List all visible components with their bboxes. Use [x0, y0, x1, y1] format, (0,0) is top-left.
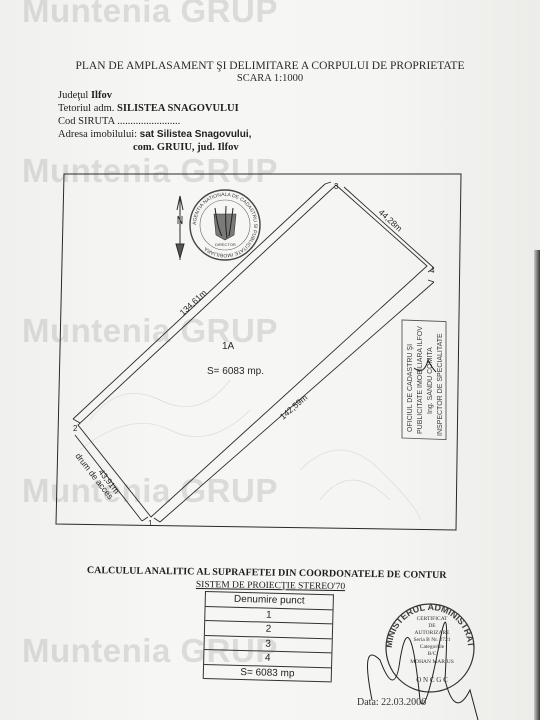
- svg-text:DE: DE: [428, 623, 436, 629]
- svg-text:B/C: B/C: [428, 651, 437, 657]
- ministry-ring-text: MINISTERUL ADMINISTRATIEI PUBLICE: [0, 0, 476, 648]
- svg-text:CERTIFICAT: CERTIFICAT: [417, 616, 448, 622]
- ministry-stamp: MINISTERUL ADMINISTRATIEI PUBLICE CERTIF…: [0, 0, 540, 720]
- document-date: Data: 22.03.2006: [357, 697, 426, 708]
- svg-text:Categoriile: Categoriile: [420, 644, 445, 650]
- svg-text:Seria B Nr. 2721: Seria B Nr. 2721: [414, 637, 451, 643]
- svg-text:AUTORIZARE: AUTORIZARE: [414, 630, 450, 636]
- svg-text:MOHAN MARIUS: MOHAN MARIUS: [410, 659, 454, 665]
